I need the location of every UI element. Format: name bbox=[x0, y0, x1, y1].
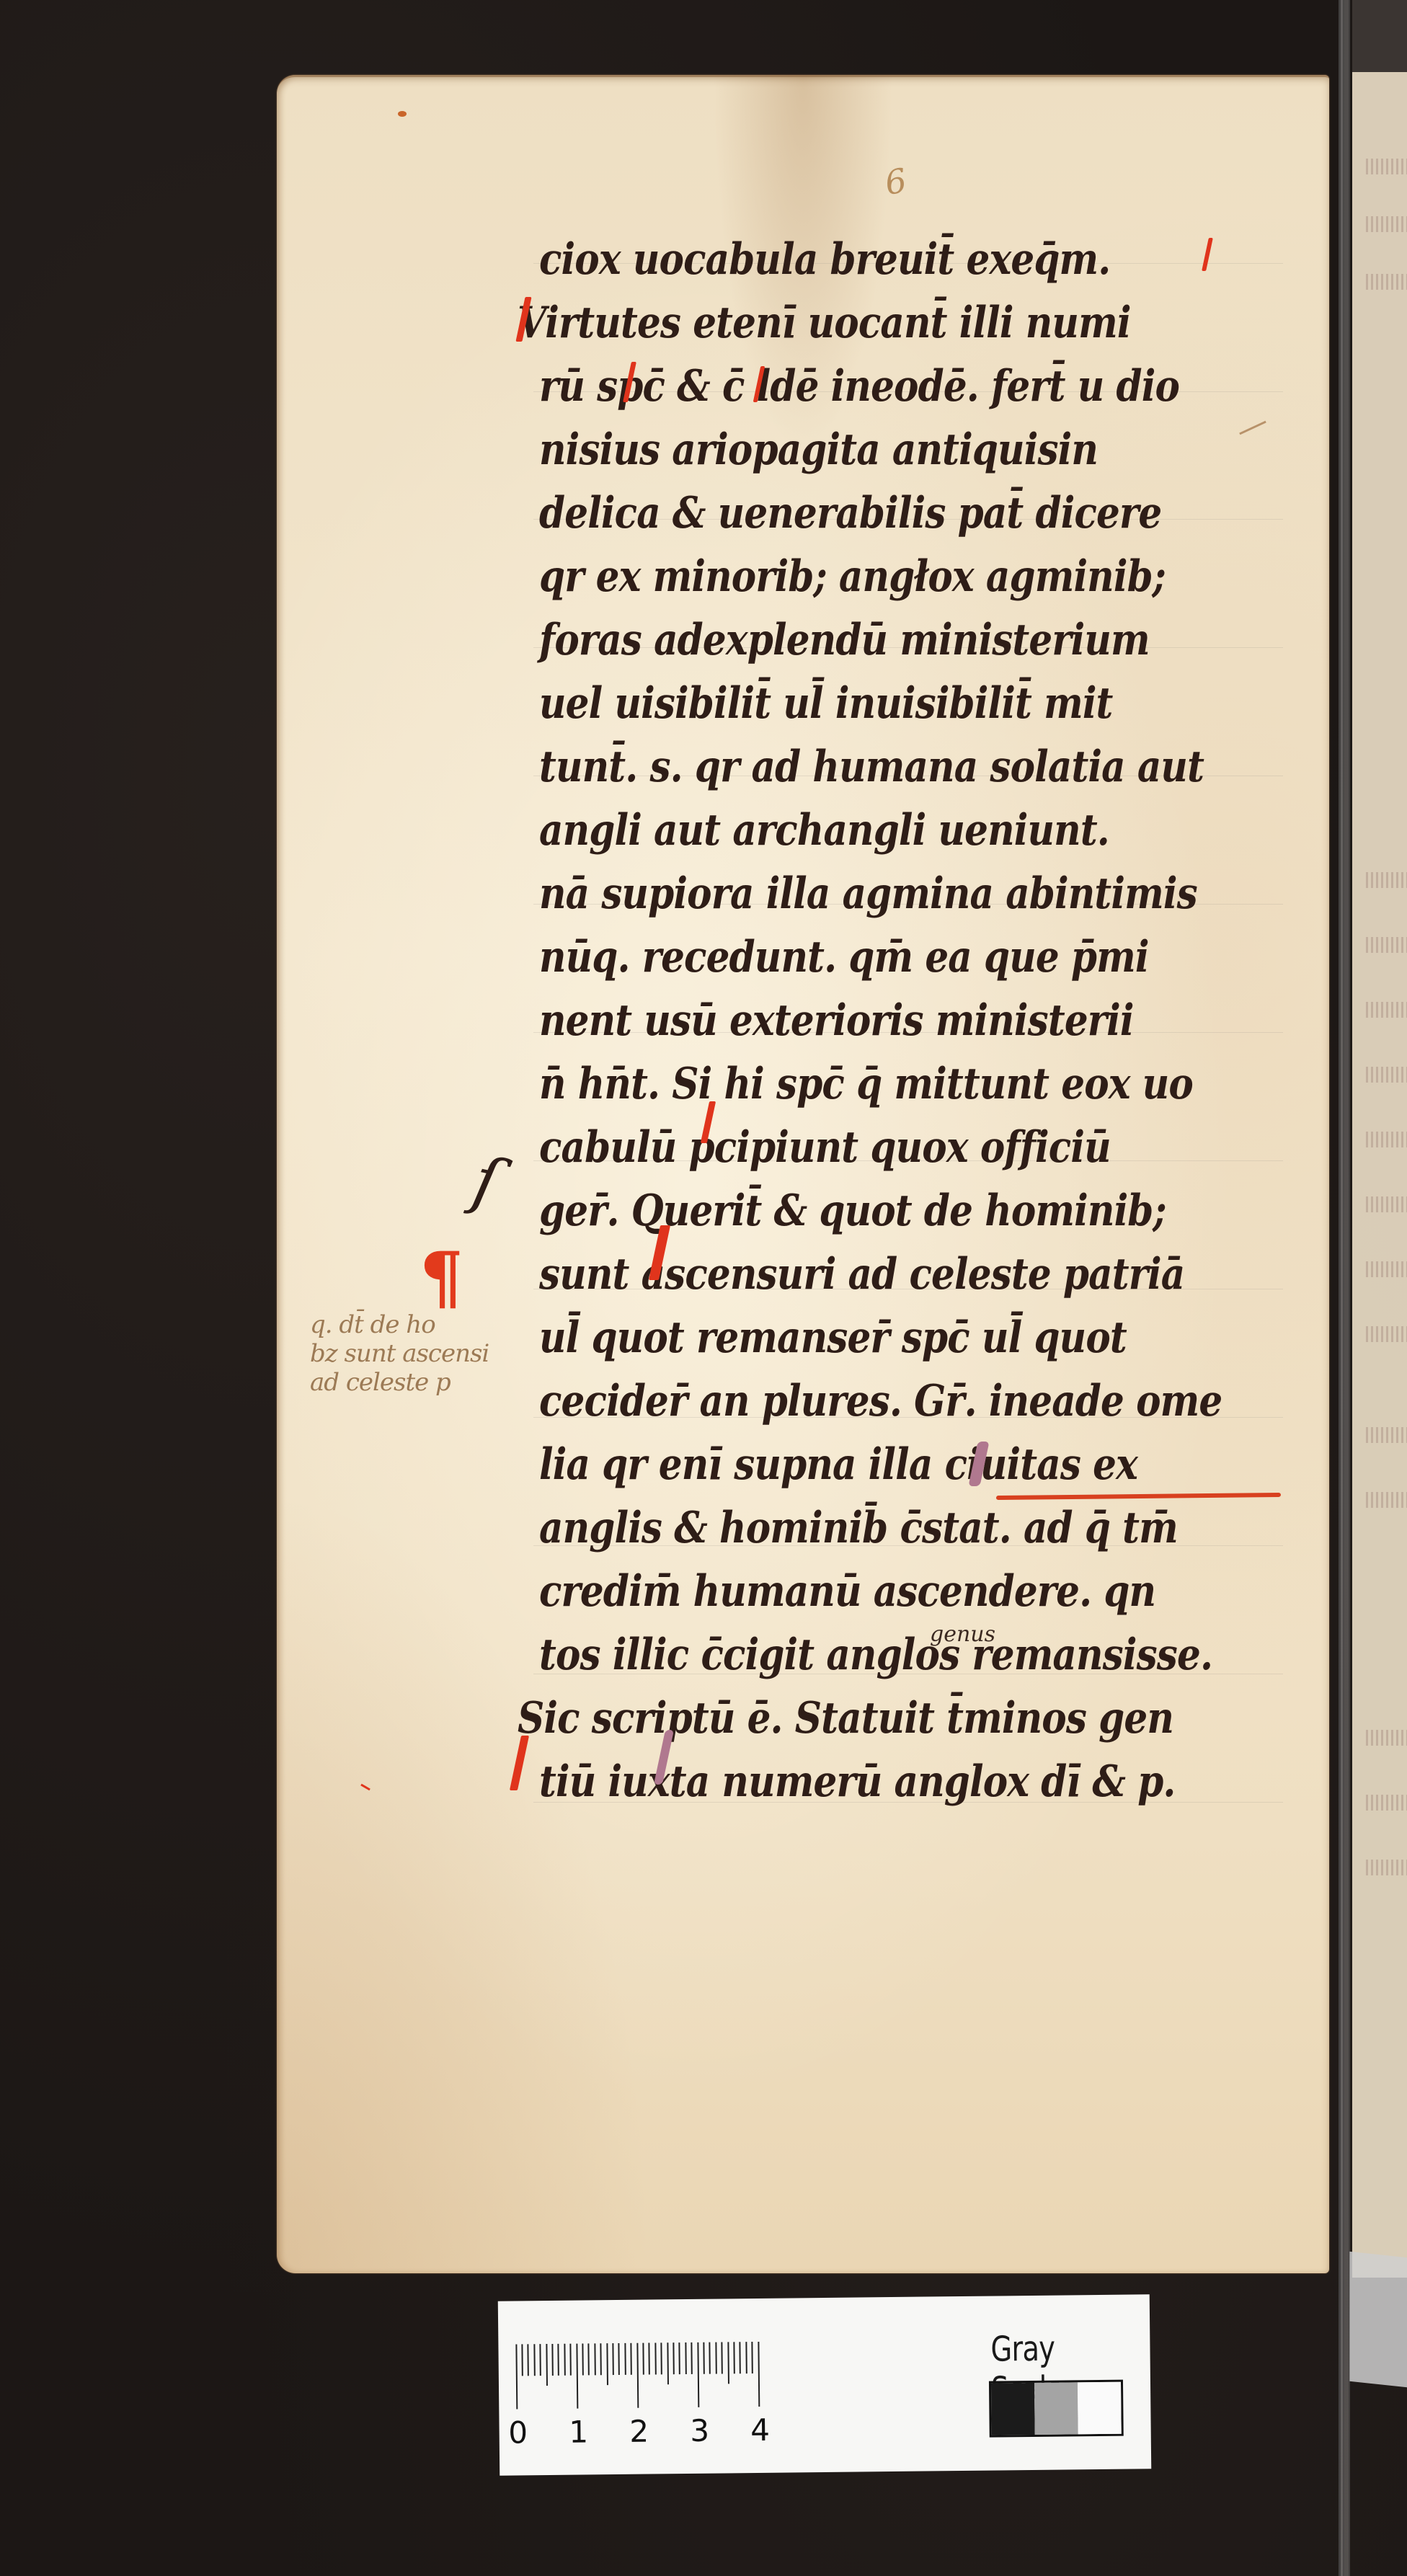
text-line: anglis & hominib̄ c̄stat. ad q̄ tm̄ bbox=[539, 1506, 1178, 1550]
ruler-tick bbox=[727, 2342, 729, 2384]
ruler-tick bbox=[618, 2343, 619, 2375]
text-line: nent usū exterioris ministerii bbox=[539, 999, 1134, 1042]
ruler-tick bbox=[587, 2343, 589, 2375]
ruler-tick bbox=[709, 2342, 710, 2374]
ruler-tick bbox=[654, 2342, 656, 2374]
ruler-tick bbox=[697, 2342, 699, 2407]
gray-swatch-white bbox=[1078, 2382, 1122, 2435]
text-line: foras adexplendū ministerium bbox=[539, 618, 1150, 662]
marginal-note: q. dt̄ de ho bz sunt ascensi ad celeste … bbox=[310, 1310, 584, 1397]
text-line: tunt̄. s. qr ad humana solatia aut bbox=[539, 745, 1204, 789]
adjacent-folio-text-trace bbox=[1366, 1067, 1407, 1083]
adjacent-folio-text-trace bbox=[1366, 1492, 1407, 1508]
adjacent-folio-text-trace bbox=[1366, 1261, 1407, 1277]
ruler-tick bbox=[533, 2344, 535, 2376]
ruler-tick bbox=[612, 2343, 613, 2375]
gray-swatch-black bbox=[991, 2383, 1035, 2435]
ruler-label: 3 bbox=[690, 2413, 709, 2448]
ruler-tick bbox=[630, 2343, 631, 2375]
ruler-tick bbox=[648, 2343, 649, 2375]
glass-plate-edge bbox=[1339, 0, 1354, 2576]
ruler: 0 1 2 3 4 bbox=[515, 2327, 761, 2424]
red-pilcrow-icon: ¶ bbox=[420, 1243, 463, 1313]
text-line: angli aut archangli ueniunt. bbox=[539, 809, 1109, 852]
text-line: nisius ariopagita antiquisin bbox=[539, 428, 1098, 471]
ruler-tick bbox=[691, 2342, 692, 2374]
ruler-tick bbox=[557, 2344, 559, 2376]
background-shadow-top-right bbox=[1352, 0, 1407, 72]
folio-top-edge bbox=[277, 75, 1329, 93]
adjacent-folio-text-trace bbox=[1366, 937, 1407, 953]
text-line: nūq. recedunt. qm̄ ea que p̄mi bbox=[539, 936, 1149, 979]
ruler-label: 0 bbox=[508, 2415, 528, 2450]
ruler-tick bbox=[678, 2342, 680, 2374]
adjacent-folio-text-trace bbox=[1366, 1132, 1407, 1147]
ruler-tick bbox=[569, 2344, 571, 2376]
text-line: tiū iuxta numerū anglox dī & p. bbox=[539, 1760, 1176, 1803]
ruler-tick bbox=[660, 2342, 662, 2374]
text-line: cabulū pcipiunt quox officiū bbox=[539, 1126, 1111, 1169]
ruler-tick bbox=[551, 2344, 553, 2376]
ruler-tick bbox=[546, 2344, 548, 2386]
folio-stain-mark bbox=[398, 111, 407, 117]
scale-reference-card: 0 1 2 3 4 Gray Scale bbox=[498, 2294, 1151, 2475]
text-line: ul̄ quot remanser̄ spc̄ ul̄ quot bbox=[539, 1316, 1127, 1359]
ruler-tick bbox=[594, 2343, 595, 2375]
ruler-tick bbox=[582, 2344, 583, 2376]
adjacent-folio-text-trace bbox=[1366, 216, 1407, 232]
adjacent-folio-text-trace bbox=[1366, 1795, 1407, 1811]
ruler-tick bbox=[703, 2342, 704, 2374]
ruler-tick bbox=[642, 2343, 644, 2375]
ruler-tick bbox=[715, 2342, 716, 2374]
ruler-label: 4 bbox=[750, 2412, 770, 2448]
text-line: nā supiora illa agmina abintimis bbox=[539, 872, 1197, 915]
ruler-tick bbox=[624, 2343, 626, 2375]
text-line: credim̄ humanū ascendere. qn bbox=[539, 1570, 1155, 1613]
ruler-tick bbox=[576, 2344, 578, 2409]
ruler-tick bbox=[539, 2344, 541, 2376]
interlinear-gloss: genus bbox=[930, 1622, 995, 1647]
ruler-label: 1 bbox=[569, 2414, 588, 2449]
ruler-tick bbox=[673, 2342, 674, 2374]
adjacent-folio-text-trace bbox=[1366, 1730, 1407, 1746]
ruler-tick bbox=[685, 2342, 686, 2374]
ruler-tick bbox=[758, 2342, 760, 2407]
text-line: qr ex minorib; angłox agminib; bbox=[539, 555, 1166, 598]
text-line: lia qr enī supna illa ciuitas ex bbox=[539, 1443, 1137, 1486]
marginal-note-line: bz sunt ascensi bbox=[310, 1339, 584, 1368]
text-line: uel uisibilit̄ ul̄ inuisibilit̄ mit bbox=[539, 682, 1113, 725]
text-line: Sic scriptū ē. Statuit t̄minos gen bbox=[518, 1697, 1173, 1740]
ruler-tick bbox=[739, 2342, 740, 2373]
ruler-tick bbox=[521, 2344, 523, 2376]
ruler-tick bbox=[745, 2342, 747, 2373]
adjacent-folio-text-trace bbox=[1366, 1326, 1407, 1342]
text-line: ciox uocabula breuit̄ exeq̄m. bbox=[539, 238, 1110, 281]
text-line: Virtutes etenī uocant̄ illi numi bbox=[518, 301, 1131, 345]
adjacent-folio bbox=[1352, 72, 1407, 2278]
gray-swatch-mid bbox=[1034, 2382, 1078, 2435]
adjacent-folio-text-trace bbox=[1366, 872, 1407, 888]
text-line: tos illic c̄cigit anglos remansisse. bbox=[539, 1633, 1212, 1676]
ruler-tick bbox=[600, 2343, 601, 2375]
ruler-tick bbox=[527, 2344, 528, 2376]
adjacent-folio-text-trace bbox=[1366, 1196, 1407, 1212]
text-line: rū spc̄ & c̄ ldē ineodē. fert̄ u dio bbox=[539, 365, 1179, 408]
ruler-tick bbox=[606, 2343, 608, 2385]
adjacent-folio-text-trace bbox=[1366, 1002, 1407, 1018]
ruler-tick bbox=[667, 2342, 669, 2384]
ruler-tick bbox=[733, 2342, 734, 2373]
gray-scale-bar bbox=[989, 2380, 1124, 2438]
ruler-tick bbox=[515, 2344, 518, 2409]
ruler-tick bbox=[721, 2342, 722, 2373]
marginal-note-line: q. dt̄ de ho bbox=[310, 1310, 584, 1339]
adjacent-folio-text-trace bbox=[1366, 274, 1407, 290]
ruler-tick bbox=[564, 2344, 565, 2376]
adjacent-folio-text-trace bbox=[1366, 159, 1407, 174]
adjacent-folio-text-trace bbox=[1366, 1427, 1407, 1443]
adjacent-color-target-card bbox=[1349, 2252, 1407, 2387]
adjacent-folio-text-trace bbox=[1366, 1860, 1407, 1875]
ruler-tick bbox=[636, 2343, 639, 2408]
ruler-tick bbox=[751, 2342, 753, 2373]
ruler-label: 2 bbox=[629, 2414, 649, 2449]
text-line: cecider̄ an plures. Gr̄. ineade ome bbox=[539, 1380, 1222, 1423]
text-line: ger̄. Querit̄ & quot de hominib; bbox=[539, 1189, 1166, 1233]
text-line: sunt ascensuri ad celeste patriā bbox=[539, 1253, 1184, 1296]
text-line: n̄ hn̄t. Si hi spc̄ q̄ mittunt eox uo bbox=[539, 1062, 1193, 1106]
text-line: delica & uenerabilis pat̄ dicere bbox=[539, 492, 1161, 535]
marginal-note-line: ad celeste p bbox=[310, 1368, 584, 1397]
